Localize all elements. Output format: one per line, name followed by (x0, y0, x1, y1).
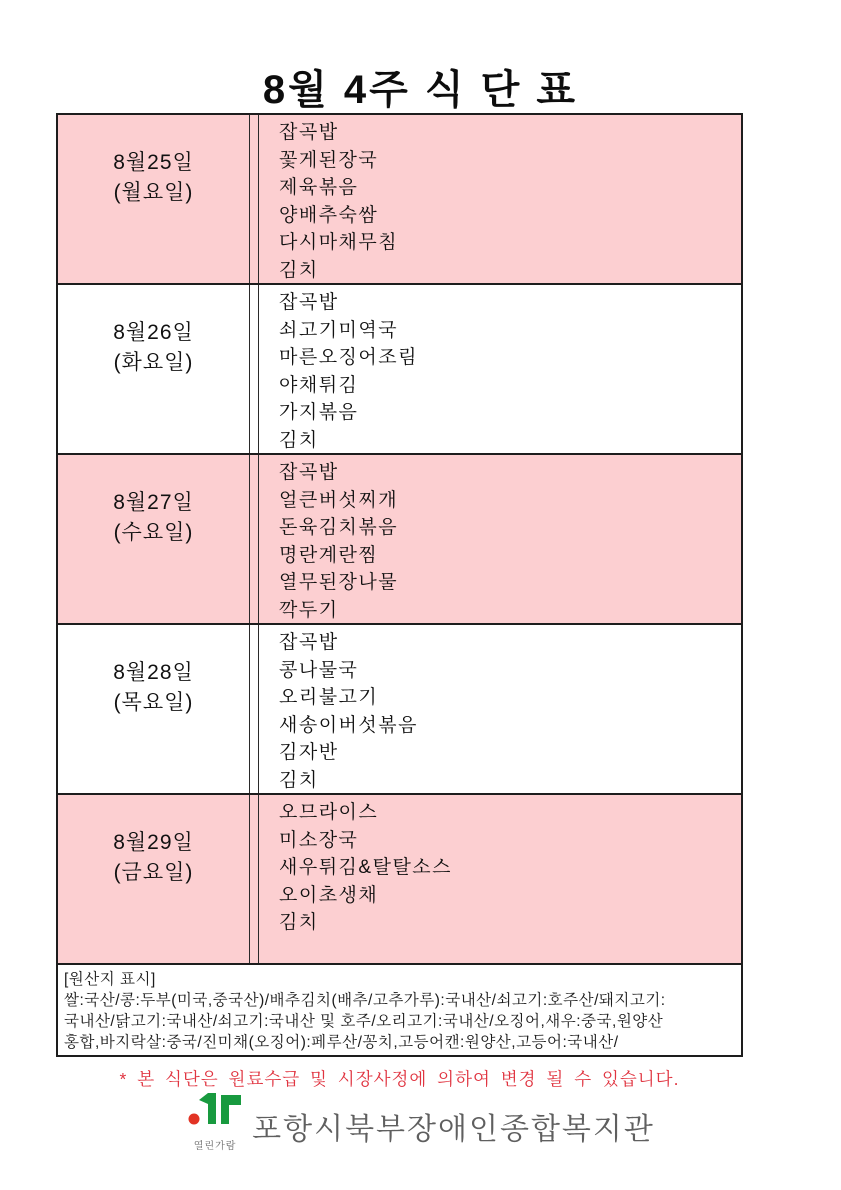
menu-cell: 오므라이스 미소장국 새우튀김&탈탈소스 오이초생채 김치 (259, 795, 741, 963)
menu-item: 제육볶음 (279, 174, 733, 202)
menu-item: 미소장국 (279, 827, 733, 855)
menu-item: 새송이버섯볶음 (279, 712, 733, 740)
table-row-thursday: 8월28일 (목요일) 잡곡밥 콩나물국 오리불고기 새송이버섯볶음 김자반 김… (58, 625, 741, 795)
menu-item: 오므라이스 (279, 799, 733, 827)
menu-item: 잡곡밥 (279, 459, 733, 487)
menu-item: 김치 (279, 427, 733, 455)
footer: 열린가람 포항시북부장애인종합복지관 (0, 1092, 841, 1152)
logo-caption: 열린가람 (194, 1137, 237, 1152)
table-row-friday: 8월29일 (금요일) 오므라이스 미소장국 새우튀김&탈탈소스 오이초생채 김… (58, 795, 741, 965)
menu-cell: 잡곡밥 꽃게된장국 제육볶음 양배추숙쌈 다시마채무침 김치 (259, 115, 741, 283)
date-label: 8월28일 (58, 658, 249, 688)
organization-name: 포항시북부장애인종합복지관 (252, 1104, 655, 1148)
weekday-label: (월요일) (58, 178, 249, 208)
menu-item: 다시마채무침 (279, 229, 733, 257)
menu-item: 쇠고기미역국 (279, 317, 733, 345)
date-label: 8월26일 (58, 318, 249, 348)
date-cell: 8월28일 (목요일) (58, 625, 250, 793)
menu-item: 깍두기 (279, 597, 733, 625)
menu-item: 김치 (279, 257, 733, 285)
table-row-monday: 8월25일 (월요일) 잡곡밥 꽃게된장국 제육볶음 양배추숙쌈 다시마채무침 … (58, 115, 741, 285)
menu-item: 마른오징어조림 (279, 344, 733, 372)
date-cell: 8월29일 (금요일) (58, 795, 250, 963)
menu-item: 잡곡밥 (279, 629, 733, 657)
menu-item: 돈육김치볶음 (279, 514, 733, 542)
column-divider (250, 455, 259, 623)
date-cell: 8월26일 (화요일) (58, 285, 250, 453)
weekly-menu-table: 8월25일 (월요일) 잡곡밥 꽃게된장국 제육볶음 양배추숙쌈 다시마채무침 … (56, 113, 743, 1057)
table-row-wednesday: 8월27일 (수요일) 잡곡밥 얼큰버섯찌개 돈육김치볶음 명란계란찜 열무된장… (58, 455, 741, 625)
column-divider (250, 625, 259, 793)
origin-line: 국내산/닭고기:국내산/쇠고기:국내산 및 호주/오리고기:국내산/오징어,새우… (64, 1011, 733, 1032)
column-divider (250, 795, 259, 963)
origin-line: 홍합,바지락살:중국/진미채(오징어):페루산/꽁치,고등어캔:원양산,고등어:… (64, 1032, 733, 1053)
org-logo: 열린가람 (186, 1092, 244, 1152)
weekday-label: (목요일) (58, 688, 249, 718)
weekday-label: (금요일) (58, 858, 249, 888)
menu-item: 잡곡밥 (279, 289, 733, 317)
menu-item: 오이초생채 (279, 882, 733, 910)
menu-item: 꽃게된장국 (279, 147, 733, 175)
menu-item: 김치 (279, 909, 733, 937)
menu-item: 열무된장나물 (279, 569, 733, 597)
menu-cell: 잡곡밥 쇠고기미역국 마른오징어조림 야채튀김 가지볶음 김치 (259, 285, 741, 453)
date-label: 8월25일 (58, 148, 249, 178)
change-notice: * 본 식단은 원료수급 및 시장사정에 의하여 변경 될 수 있습니다. (56, 1066, 743, 1091)
menu-cell: 잡곡밥 얼큰버섯찌개 돈육김치볶음 명란계란찜 열무된장나물 깍두기 (259, 455, 741, 623)
org-logo-icon (186, 1092, 244, 1139)
meal-plan-page: 8월 4주 식 단 표 8월25일 (월요일) 잡곡밥 꽃게된장국 제육볶음 양… (0, 0, 841, 1190)
date-cell: 8월25일 (월요일) (58, 115, 250, 283)
menu-cell: 잡곡밥 콩나물국 오리불고기 새송이버섯볶음 김자반 김치 (259, 625, 741, 793)
menu-item: 잡곡밥 (279, 119, 733, 147)
weekday-label: (수요일) (58, 518, 249, 548)
menu-item: 명란계란찜 (279, 542, 733, 570)
menu-item: 오리불고기 (279, 684, 733, 712)
menu-item: 가지볶음 (279, 399, 733, 427)
origin-label: [원산지 표시] (64, 969, 733, 990)
menu-item: 양배추숙쌈 (279, 202, 733, 230)
menu-item: 콩나물국 (279, 657, 733, 685)
date-label: 8월27일 (58, 488, 249, 518)
menu-item: 새우튀김&탈탈소스 (279, 854, 733, 882)
menu-item: 야채튀김 (279, 372, 733, 400)
weekday-label: (화요일) (58, 348, 249, 378)
page-title: 8월 4주 식 단 표 (0, 58, 841, 115)
origin-line: 쌀:국산/콩:두부(미국,중국산)/배추김치(배추/고추가루):국내산/쇠고기:… (64, 990, 733, 1011)
menu-item: 김치 (279, 767, 733, 795)
menu-item: 얼큰버섯찌개 (279, 487, 733, 515)
column-divider (250, 285, 259, 453)
date-label: 8월29일 (58, 828, 249, 858)
table-row-tuesday: 8월26일 (화요일) 잡곡밥 쇠고기미역국 마른오징어조림 야채튀김 가지볶음… (58, 285, 741, 455)
menu-item: 김자반 (279, 739, 733, 767)
origin-info-box: [원산지 표시] 쌀:국산/콩:두부(미국,중국산)/배추김치(배추/고추가루)… (58, 965, 741, 1055)
column-divider (250, 115, 259, 283)
date-cell: 8월27일 (수요일) (58, 455, 250, 623)
